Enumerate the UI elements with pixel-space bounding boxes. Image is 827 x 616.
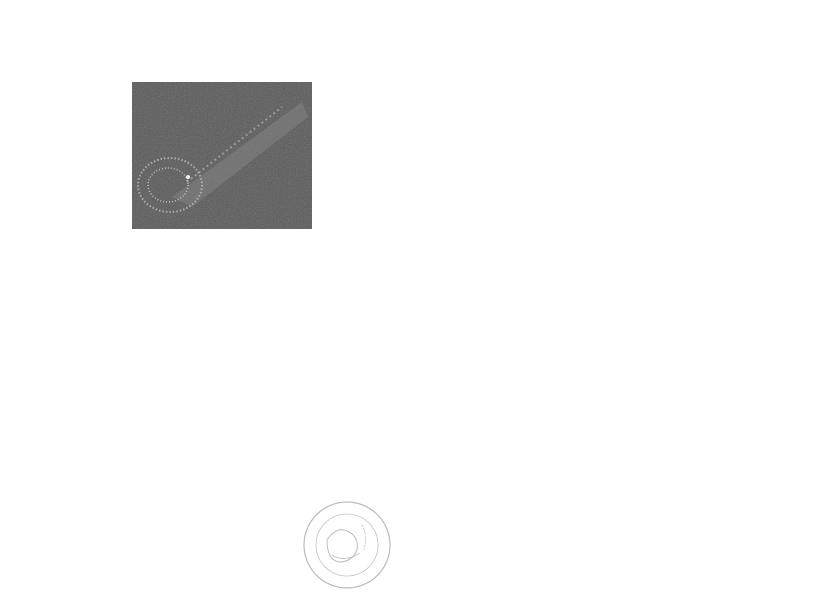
comet-illustration-icon (132, 82, 312, 229)
university-stamp-icon (302, 500, 392, 590)
comet-figure (132, 82, 312, 229)
running-header (104, 42, 316, 56)
scanned-book-page (0, 0, 827, 616)
